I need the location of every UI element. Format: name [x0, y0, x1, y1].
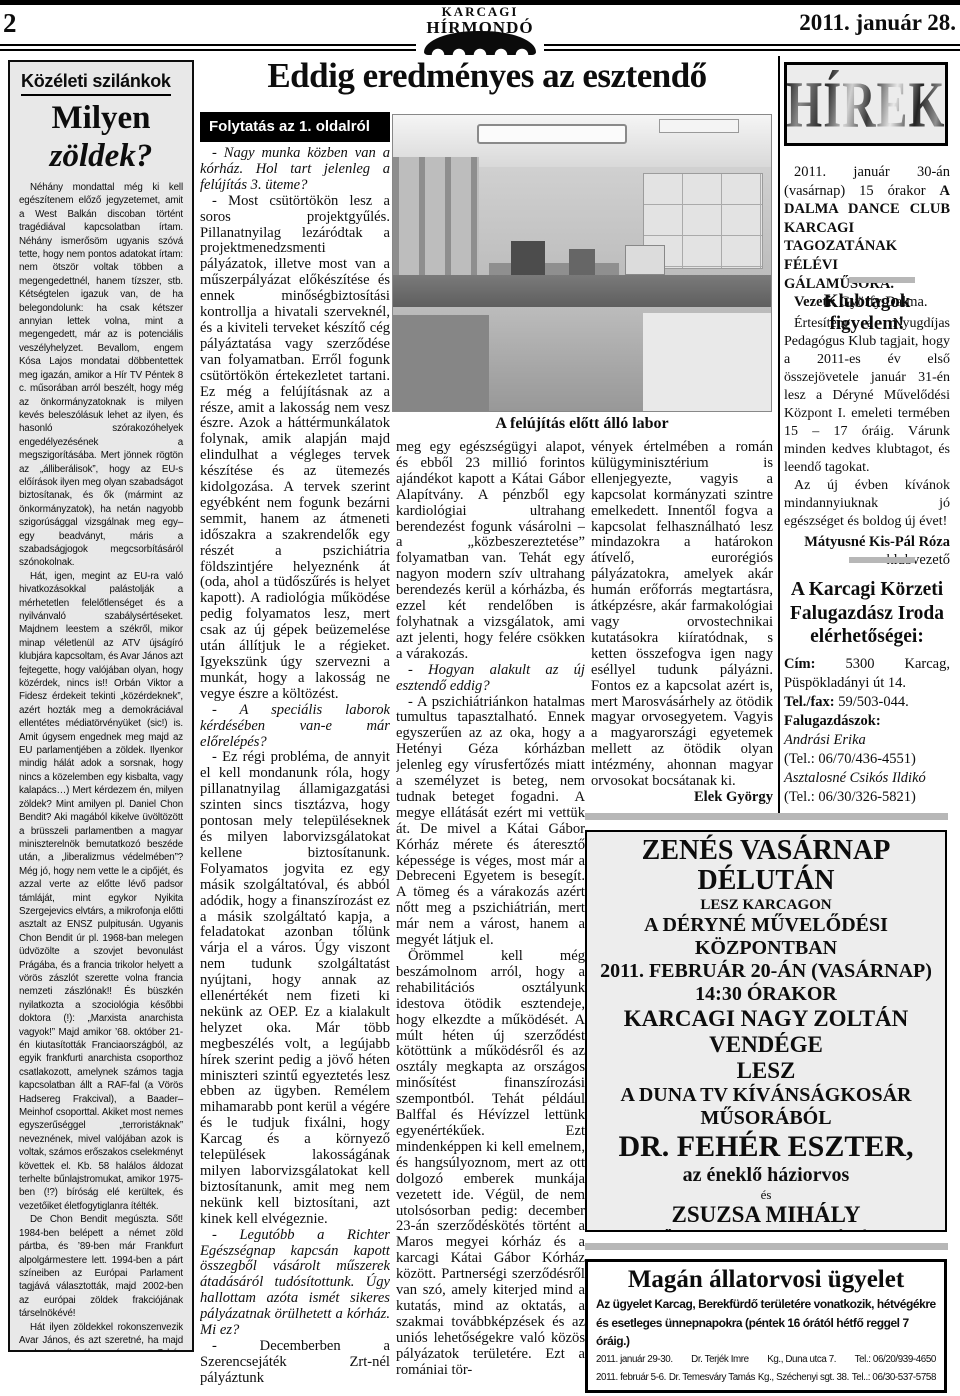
photo-caption: A felújítás előtt álló labor	[392, 415, 772, 433]
opinion-kicker: Közéleti szilánkok	[21, 71, 171, 96]
newspaper-page: 2 KARCAGI HÍRMONDÓ 2011. január 28. Közé…	[0, 0, 960, 1396]
telfax-label: Tel./fax:	[784, 694, 835, 710]
issue-date: 2011. január 28.	[799, 10, 956, 36]
text-line: 14:30 ÓRAKOR	[587, 983, 945, 1006]
text-line: Értesítem a Nyugdíjas Pedagógus Klub tag…	[784, 315, 950, 477]
continuation-banner: Folytatás az 1. oldalról	[200, 112, 390, 142]
section-divider	[849, 557, 915, 563]
opinion-box: Közéleti szilánkok Milyen zöldek? Néhány…	[8, 60, 194, 1352]
opinion-title-line1: Milyen	[10, 100, 192, 137]
text-line: LESZ KARCAGON	[587, 896, 945, 914]
text-line: De Chon Bendit megúszta. Sőt! 1984-ben b…	[19, 1213, 183, 1320]
wide-divider	[585, 813, 948, 820]
concert-ad-box: ZENÉS VASÁRNAP DÉLUTÁNLESZ KARCAGONA DÉR…	[585, 830, 947, 1232]
text-line: 2011. FEBRUÁR 20-ÁN (VASÁRNAP)	[587, 960, 945, 983]
photo-light-fixture-small	[659, 119, 739, 133]
text-line: - Decemberben a Szerencsejáték Zrt-nél p…	[200, 1339, 390, 1387]
text-line: Hát ilyen zöldekkel rokonszenvezik Avar …	[19, 1321, 183, 1352]
text-line: az éneklő háziorvos	[587, 1163, 945, 1187]
agent-phone: (Tel.: 06/30/326-5821)	[784, 788, 950, 807]
text-line: A DUNA TV KÍVÁNSÁGKOSÁR	[587, 1084, 945, 1107]
duty-vet-name: Dr. Temesváry Tamás	[669, 1369, 755, 1388]
vet-duty-row: 2011. február 5-6. Dr. Temesváry Tamás K…	[596, 1369, 936, 1388]
news-item-text: 2011. január 30-án (vasárnap) 15 órakor …	[784, 163, 950, 293]
hirek-logo-box: HÍREK	[784, 62, 948, 146]
agent-phone: (Tel.: 06/70/436-4551)	[784, 750, 950, 769]
photo-light-fixture	[477, 124, 627, 144]
photo-equipment	[569, 249, 595, 275]
text-line: Falugazdász Iroda	[784, 602, 950, 626]
text-line: A Karcagi Körzeti	[784, 578, 950, 602]
text-line: elérhetőségei:	[784, 625, 950, 649]
club-notice-body: Értesítem a Nyugdíjas Pedagógus Klub tag…	[784, 315, 950, 569]
article-column-3: vények értelmében a román külügyminiszté…	[591, 440, 773, 814]
photo-foreground-shadow	[393, 315, 489, 412]
duty-address: Kg., Duna utca 7.	[767, 1351, 836, 1370]
text-line: - Most csütörtökön lesz a soros projektg…	[200, 194, 390, 703]
text-line: Néhány mondattal még ki kell egészítenem…	[19, 181, 183, 570]
news-lead: 2011. január 30-án (vasárnap) 15 órakor	[784, 164, 950, 199]
agronomist-office-heading: A Karcagi KörzetiFalugazdász Irodaelérhe…	[784, 578, 950, 649]
text-line: DR. FEHÉR ESZTER,	[587, 1130, 945, 1163]
text-line: - A pszichiátriánkon hatalmas tumultus t…	[396, 695, 585, 950]
text-line: MŰSORON: MAGYARNÓTÁK,	[587, 1228, 945, 1232]
section-divider	[849, 277, 915, 283]
text-line: - A speciális laborok kérdésében van-e m…	[200, 703, 390, 751]
main-article-title: Eddig eredményes az esztendő	[196, 56, 778, 96]
address-line: Cím: 5300 Karcag, Püspökladányi út 14.	[784, 655, 950, 693]
telfax-line: Tel./fax: 59/503-044.	[784, 693, 950, 712]
club-signature: Mátyusné Kis-Pál Róza	[784, 533, 950, 551]
hirek-logo: HÍREK	[786, 66, 945, 143]
text-line: - Nagy munka közben van a kórház. Hol ta…	[200, 146, 390, 194]
opinion-title-line2: zöldek?	[10, 137, 192, 175]
duty-phone: Tel.: 06/20/939-4650	[855, 1351, 936, 1370]
telfax-value: 59/503-044.	[835, 694, 909, 710]
text-line: meg egy egészségügyi alapot, és ebből 23…	[396, 440, 585, 663]
photo-white-table	[643, 311, 772, 412]
duty-date: 2011. február 5-6.	[596, 1369, 666, 1388]
text-line: Az új évben kívánok mindannyiuknak jó eg…	[784, 477, 950, 531]
text-line: ZSUZSA MIHÁLY	[587, 1202, 945, 1228]
agent-name: Andrási Erika	[784, 731, 950, 750]
agents-label: Falugazdászok:	[784, 712, 950, 731]
agents-label-text: Falugazdászok:	[784, 713, 881, 729]
text-line: MŰSORÁBÓL	[587, 1107, 945, 1130]
duty-phone: Tel..: 06/30-537-5758	[852, 1369, 936, 1388]
club-paragraphs: Értesítem a Nyugdíjas Pedagógus Klub tag…	[784, 315, 950, 531]
agronomist-office-contacts: Cím: 5300 Karcag, Püspökladányi út 14. T…	[784, 655, 950, 807]
opinion-body: Néhány mondattal még ki kell egészítenem…	[19, 181, 183, 1352]
vet-duty-box: Magán állatorvosi ügyelet Az ügyelet Kar…	[585, 1259, 947, 1393]
text-line: Hát, igen, megint az EU-ra való hivatkoz…	[19, 570, 183, 1214]
photo-equipment	[511, 241, 545, 275]
text-line: KARCAGI NAGY ZOLTÁN VENDÉGE	[587, 1006, 945, 1058]
news-item-dalma: 2011. január 30-án (vasárnap) 15 órakor …	[784, 163, 950, 312]
address-label: Cím:	[784, 656, 815, 672]
text-line: ZENÉS VASÁRNAP DÉLUTÁN	[587, 836, 945, 896]
text-line: A DÉRYNÉ MŰVELŐDÉSI KÖZPONTBAN	[587, 914, 945, 960]
vet-duty-intro: Az ügyelet Karcag, Berekfürdő területére…	[596, 1295, 936, 1351]
agent-name: Asztalosné Csikós Ildikó	[784, 769, 950, 788]
article-column-2: meg egy egészségügyi alapot, és ebből 23…	[396, 440, 585, 1396]
text-line: LESZ	[587, 1058, 945, 1084]
text-line: és	[587, 1187, 945, 1202]
vet-duty-row: 2011. január 29-30. Dr. Terjék Imre Kg.,…	[596, 1351, 936, 1370]
photo-bench	[393, 275, 772, 309]
duty-address: Kg., Széchenyi sgt. 38.	[758, 1369, 849, 1388]
text-line: - Legutóbb a Richter Egészségnap kapcsán…	[200, 1228, 390, 1339]
article-column-1: - Nagy munka közben van a kórház. Hol ta…	[200, 146, 390, 1396]
photo-equipment	[625, 245, 665, 275]
text-line: vények értelmében a román külügyminiszté…	[591, 440, 773, 790]
text-line: Elek György	[591, 790, 773, 806]
duty-date: 2011. január 29-30.	[596, 1351, 673, 1370]
text-line: Örömmel kell még beszámolnom arról, hogy…	[396, 949, 585, 1378]
text-line: - Hogyan alakult az új esztendő eddig?	[396, 663, 585, 695]
text-line: - Ez régi probléma, de annyit el kell mo…	[200, 750, 390, 1227]
column-divider-rule	[778, 56, 780, 814]
vet-duty-title: Magán állatorvosi ügyelet	[596, 1264, 936, 1295]
duty-vet-name: Dr. Terjék Imre	[691, 1351, 749, 1370]
wide-divider	[585, 1243, 948, 1250]
lab-photo	[392, 114, 772, 412]
